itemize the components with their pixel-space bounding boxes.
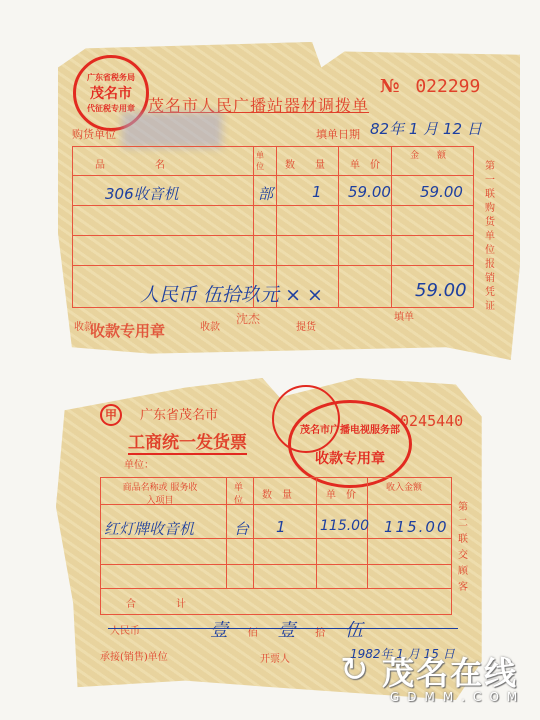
header-amount: 金 额: [410, 148, 446, 161]
header-unit: 单位: [256, 150, 268, 172]
header-2-amount: 收入金额: [386, 480, 422, 493]
total-2-words: 壹 佰 壹 拾 伍: [210, 616, 363, 642]
watermark-logo-icon: ↻: [340, 650, 369, 690]
header-2-qty: 数 量: [262, 486, 292, 501]
footer-filler: 填单: [394, 308, 414, 323]
receipt-1-serial: № 022299: [380, 76, 480, 97]
header-name: 品 名: [95, 156, 165, 171]
total-amount: 59.00: [415, 280, 467, 301]
footer-issuer: 开票人: [260, 650, 290, 665]
hundreds-digit: 壹: [210, 620, 228, 641]
buyer-label: 购货单位: [72, 126, 116, 142]
footer-cashier: 收款: [200, 318, 220, 333]
badge-jia: 甲: [100, 404, 122, 426]
header-qty: 数 量: [285, 156, 325, 171]
header-price: 单 价: [350, 156, 380, 171]
item-2-name: 红灯牌收音机: [104, 518, 194, 539]
tens-digit: 壹: [277, 620, 295, 641]
header-2-unit: 单位: [234, 480, 246, 506]
receipt-2-serial: 0245440: [400, 412, 463, 430]
unit-label: 单位：: [124, 456, 154, 471]
item-price: 59.00: [348, 183, 391, 201]
receipt-stamp: 收款专用章: [90, 320, 165, 341]
item-unit: 部: [258, 183, 273, 204]
total-label: 合 计: [126, 595, 186, 610]
header-2-price: 单 价: [326, 486, 356, 501]
rmb-label: 人民币: [110, 622, 140, 637]
item-2-amount: 115.00: [384, 518, 449, 536]
item-amount: 59.00: [420, 183, 463, 201]
region-text: 广东省茂名市: [140, 404, 218, 423]
date-label: 填单日期: [316, 126, 360, 142]
date-value: 82年 1 月 12 日: [370, 118, 482, 139]
item-2-price: 115.00: [320, 518, 369, 534]
cashier-stamp: 沈杰: [236, 310, 260, 327]
total-in-words: 人民币 伍拾玖元 × ×: [140, 280, 323, 307]
bai-label: 佰: [248, 628, 258, 639]
receipt-2-title: 工商统一发货票: [128, 428, 247, 455]
serial-number: 022299: [415, 76, 480, 97]
item-2-unit: 台: [234, 518, 249, 539]
item-2-qty: 1: [276, 518, 286, 536]
footer-seller: 承接(销售)单位: [100, 648, 168, 663]
watermark-domain: GDMM.COM: [390, 690, 525, 704]
header-2-name: 商品名称或 服务收入项目: [120, 480, 200, 506]
strike-line: [108, 628, 458, 629]
stamp-inner-text: 收款专用章: [315, 448, 385, 468]
side-text-1: 第一联 购货单位报销凭证: [485, 160, 497, 314]
redacted-buyer: [122, 112, 222, 148]
small-stamp: [272, 385, 340, 453]
stamp-center-text: 茂名市: [90, 83, 132, 103]
serial-prefix: №: [380, 76, 400, 97]
shi-label: 拾: [315, 628, 325, 639]
footer-delivery: 提货: [296, 318, 316, 333]
side-text-2: 第二联 交顾客: [458, 500, 470, 596]
units-digit: 伍: [345, 620, 363, 641]
watermark-brand: 茂名在线: [382, 648, 518, 694]
stamp-outer-text: 广东省税务局: [87, 72, 135, 83]
item-qty: 1: [312, 183, 322, 201]
item-name: 306收音机: [105, 183, 179, 204]
